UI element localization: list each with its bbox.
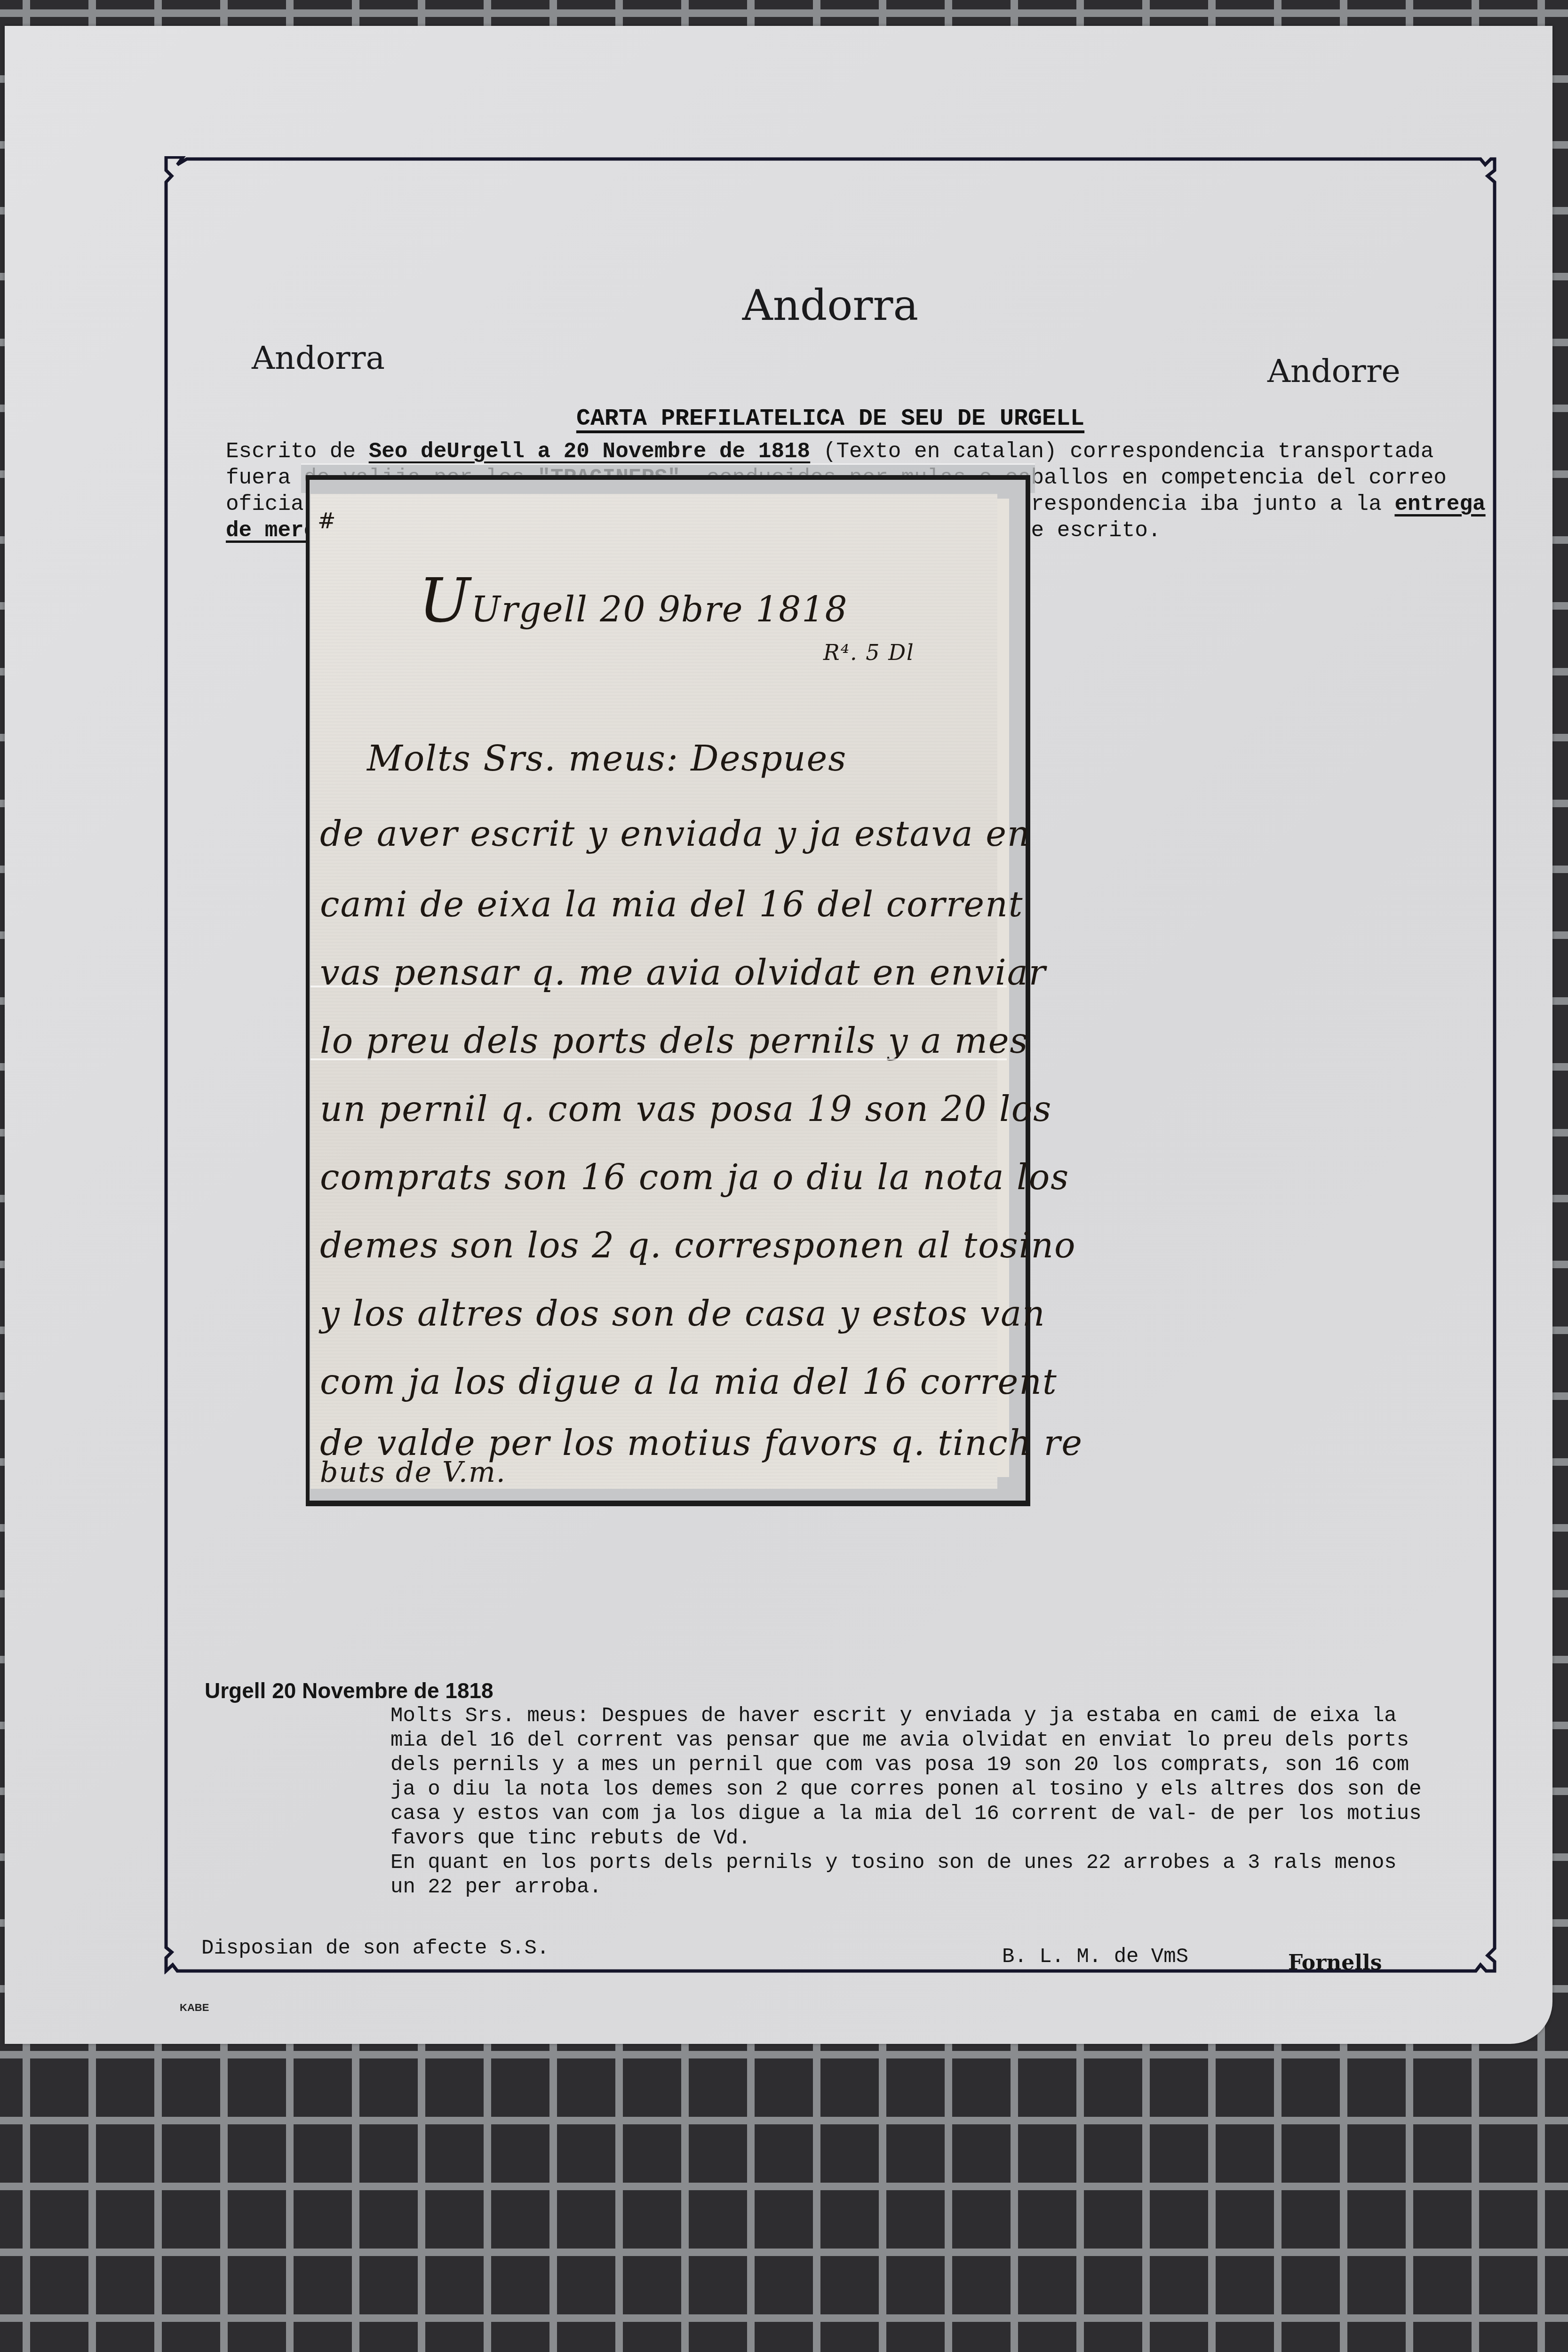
transcription-title: Urgell 20 Novembre de 1818 xyxy=(205,1678,493,1703)
corner-mark: # xyxy=(318,508,337,533)
letter-line: un pernil q. com vas posa 19 son 20 los xyxy=(320,1089,1052,1129)
transcription-body: Molts Srs. meus: Despues de haver escrit… xyxy=(202,1704,1425,1899)
fold-line xyxy=(310,1058,1007,1060)
letter-line: comprats son 16 com ja o diu la nota los xyxy=(320,1157,1069,1198)
letter-line: y los altres dos son de casa y estos van xyxy=(320,1294,1046,1334)
initial-u-flourish: U xyxy=(419,564,471,636)
closing-author: Fornells xyxy=(1288,1951,1382,1975)
letter-salutation: Molts Srs. meus: Despues xyxy=(367,739,847,779)
letter-line: lo preu dels ports dels pernils y a mes xyxy=(320,1021,1029,1061)
mount-border-bottom xyxy=(306,1501,1030,1506)
page-title-right: Andorre xyxy=(1267,353,1401,390)
transcription-paragraph: Molts Srs. meus: Despues de haver escrit… xyxy=(202,1704,1425,1851)
letter-line: cami de eixa la mia del 16 del corrent xyxy=(320,884,1024,925)
intro-text: Escrito de xyxy=(226,439,369,464)
letter-dateline: UUrgell 20 9bre 1818 xyxy=(419,564,848,636)
manuscript-letter[interactable]: # UUrgell 20 9bre 1818 R⁴. 5 Dl Molts Sr… xyxy=(310,494,997,1489)
letter-line: de aver escrit y enviada y ja estava en xyxy=(320,814,1031,854)
transcription-paragraph: En quant en los ports dels pernils y tos… xyxy=(202,1851,1425,1899)
fold-line xyxy=(310,985,1007,987)
page-title-center: Andorra xyxy=(163,281,1497,330)
page-title-left: Andorra xyxy=(252,340,385,377)
closing-left: Disposian de son afecte S.S. xyxy=(201,1937,549,1960)
intro-highlight-origin: Seo deUrgell a 20 Novembre de 1818 xyxy=(369,439,811,464)
album-brand: KABE xyxy=(180,2002,209,2014)
letter-line: demes son los 2 q. corresponen al tosino xyxy=(320,1225,1076,1266)
album-page: Andorra Andorra Andorre CARTA PREFILATEL… xyxy=(5,26,1552,2044)
letter-rate-mark: R⁴. 5 Dl xyxy=(823,640,915,665)
cover-mount: # UUrgell 20 9bre 1818 R⁴. 5 Dl Molts Sr… xyxy=(306,475,1047,1512)
letter-line: buts de V.m. xyxy=(320,1456,506,1489)
section-heading: CARTA PREFILATELICA DE SEU DE URGELL xyxy=(163,405,1497,432)
closing-signature: B. L. M. de VmS xyxy=(1002,1945,1188,1969)
letter-line: com ja los digue a la mia del 16 corrent xyxy=(320,1362,1058,1402)
